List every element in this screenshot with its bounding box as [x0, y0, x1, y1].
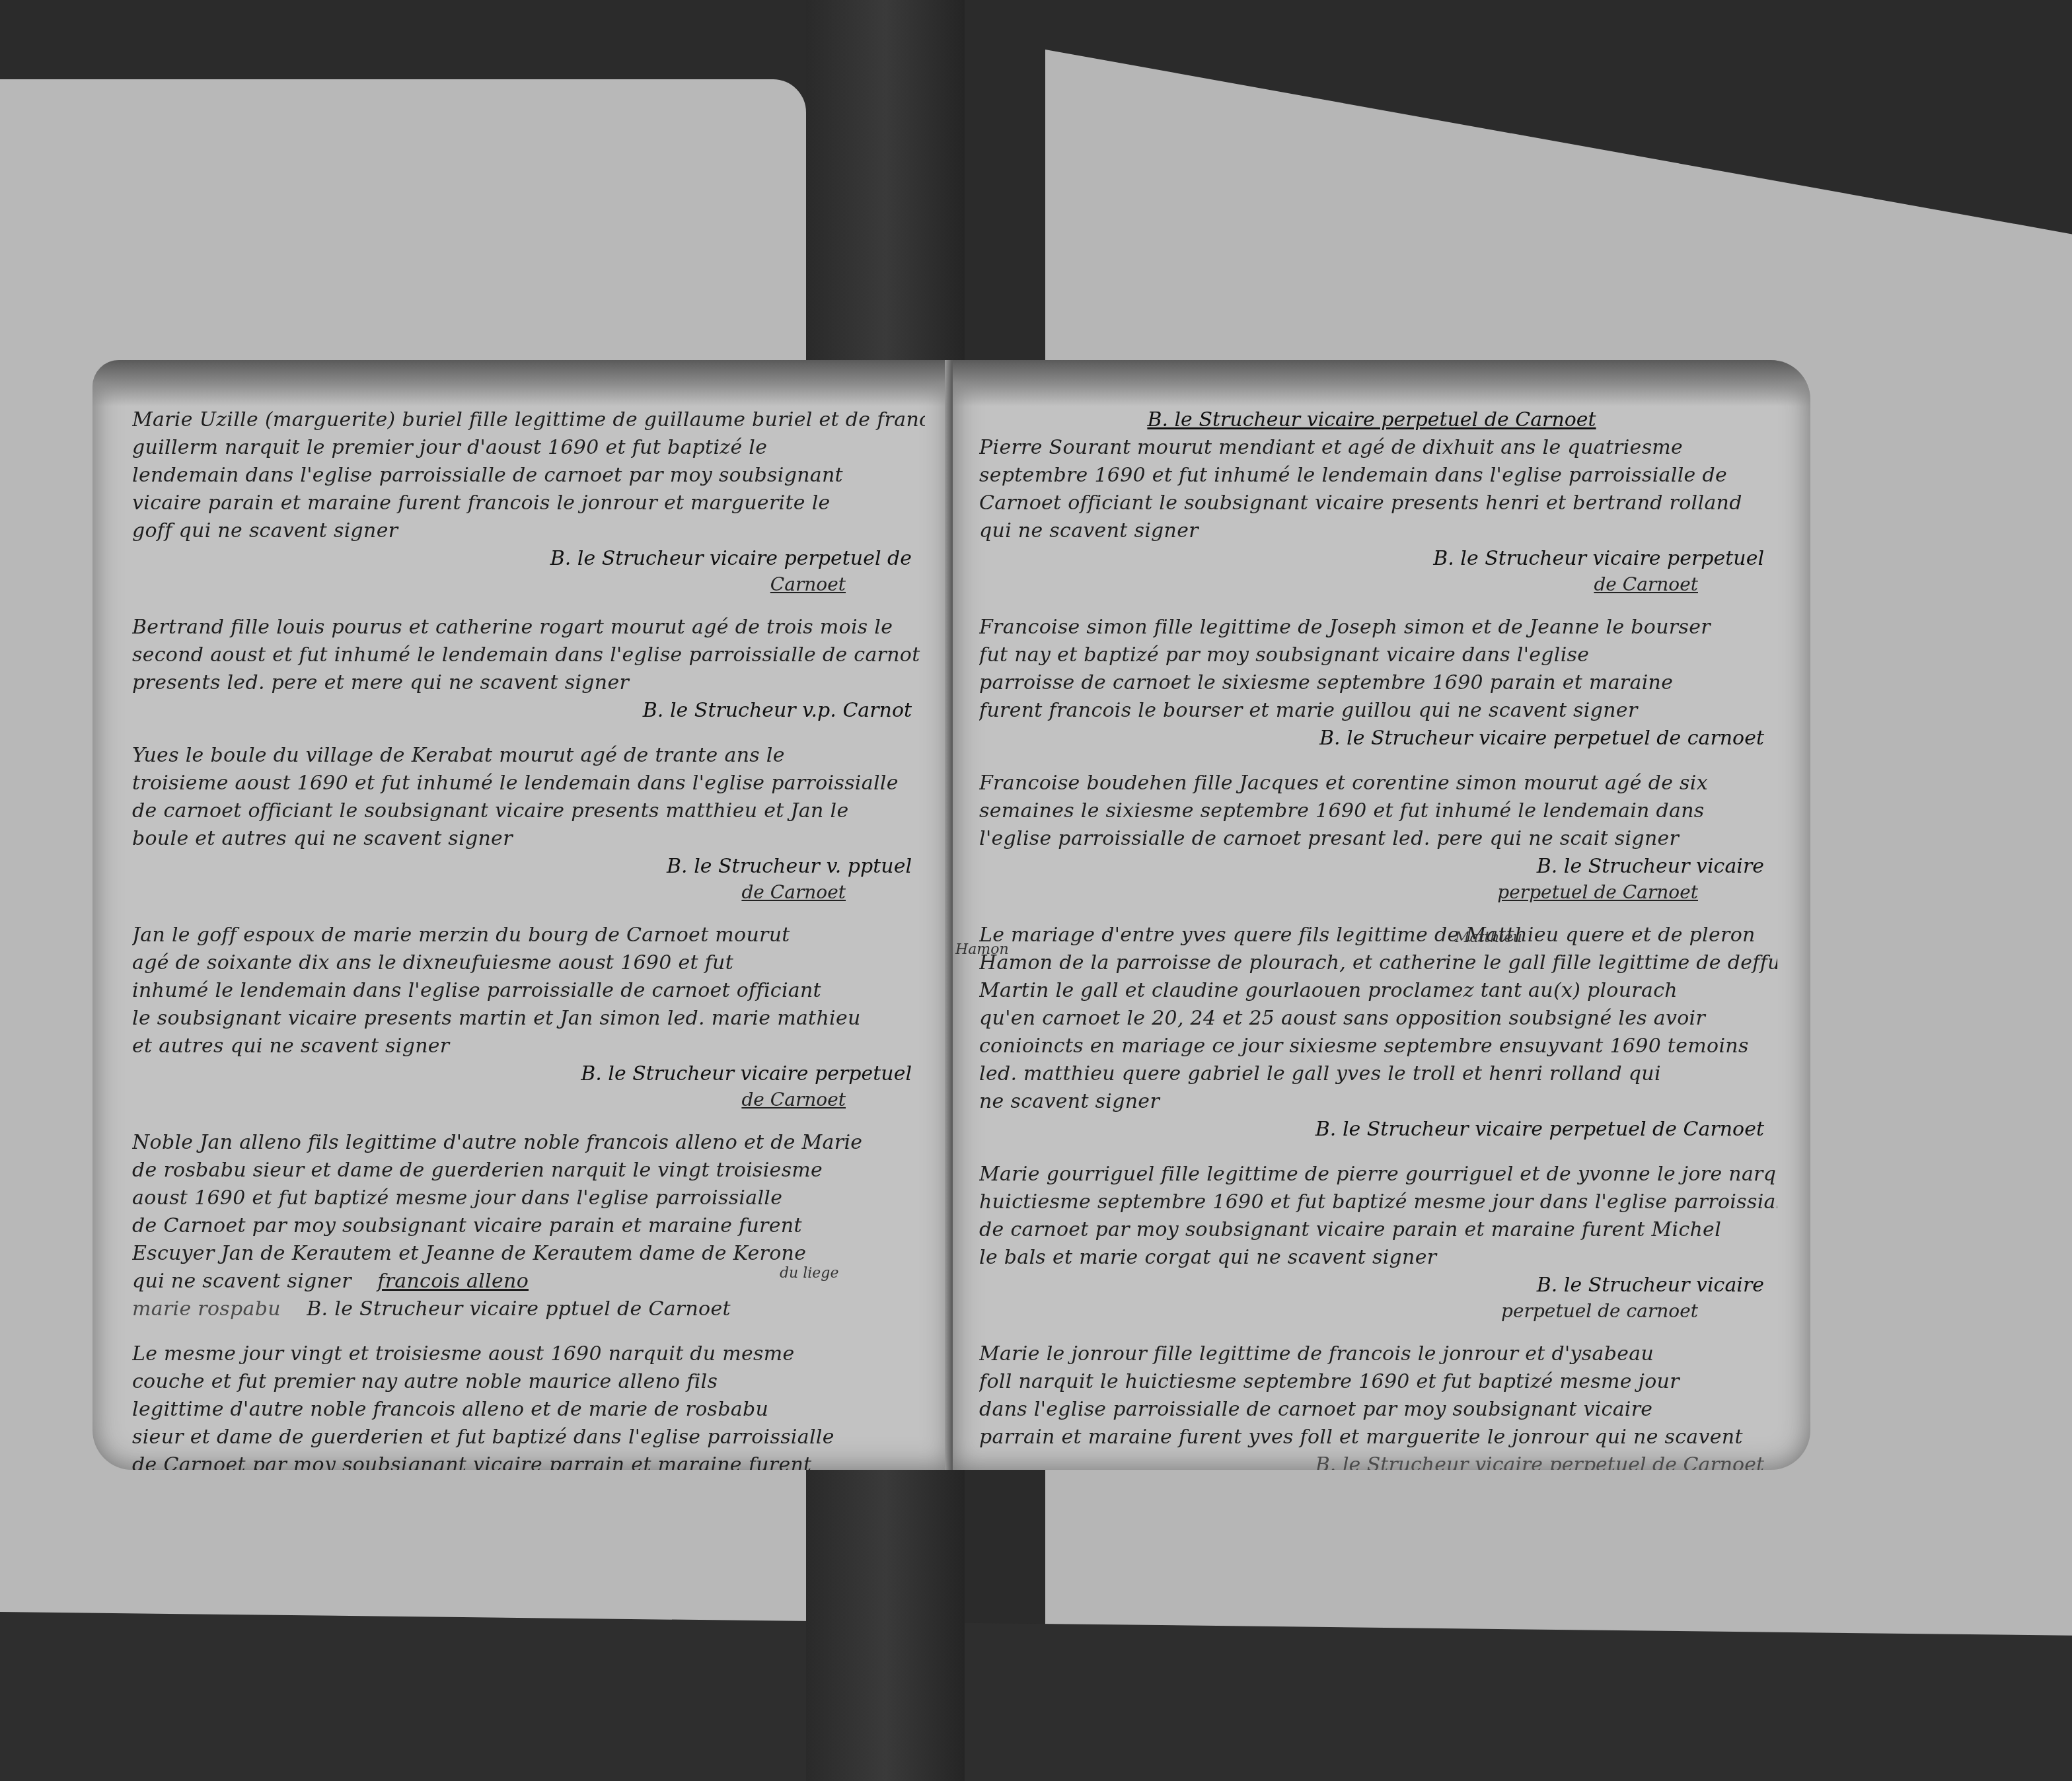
entry-line: troisieme aoust 1690 et fut inhumé le le… — [132, 770, 925, 797]
entry-line: conioincts en mariage ce jour sixiesme s… — [979, 1033, 1777, 1060]
open-register: Marie Uzille (marguerite) buriel fille l… — [92, 360, 1810, 1470]
carried-over-signature: B. le Strucheur vicaire perpetuel de Car… — [979, 406, 1777, 434]
margin-note-hamon: Hamon — [955, 941, 1009, 958]
page-top-edge — [92, 360, 951, 406]
entry-line: Yues le boule du village de Kerabat mour… — [132, 742, 925, 770]
entry-line: foll narquit le huictiesme septembre 169… — [979, 1368, 1777, 1396]
vicar-signature: B. le Strucheur vicaire perpetuel de car… — [979, 725, 1777, 752]
vicar-signature: B. le Strucheur vicaire perpetuel de Car… — [979, 1451, 1777, 1470]
entry-line: Noble Jan alleno fils legittime d'autre … — [132, 1129, 925, 1157]
entry-line: dans l'eglise parroissialle de carnoet p… — [979, 1396, 1777, 1424]
scanner-bottom-edge — [0, 1612, 2072, 1781]
page-top-edge — [953, 360, 1810, 406]
entry-line: parrain et maraine furent yves foll et m… — [979, 1424, 1777, 1451]
entry-line: boule et autres qui ne scavent signer — [132, 825, 925, 853]
vicar-signature: B. le Strucheur vicaire perpetuel de Car… — [979, 1116, 1777, 1144]
mother-signature: marie rospabu — [132, 1297, 281, 1321]
entry-line: aoust 1690 et fut baptizé mesme jour dan… — [132, 1184, 925, 1212]
entry-line: Francoise boudehen fille Jacques et core… — [979, 770, 1777, 797]
entry-line: presents led. pere et mere qui ne scaven… — [132, 669, 925, 697]
entry-line: l'eglise parroissialle de carnoet presan… — [979, 825, 1777, 853]
entry-line: lendemain dans l'eglise parroissialle de… — [132, 462, 925, 490]
entry-line: Martin le gall et claudine gourlaouen pr… — [979, 977, 1777, 1005]
vicar-signature: B. le Strucheur vicaire pptuel de Carnoe… — [307, 1297, 731, 1321]
vicar-signature: B. le Strucheur vicaire — [979, 853, 1777, 881]
signature-parish: perpetuel de Carnoet — [979, 881, 1777, 904]
entry-line: septembre 1690 et fut inhumé le lendemai… — [979, 462, 1777, 490]
entry-line: parroisse de carnoet le sixiesme septemb… — [979, 669, 1777, 697]
signature-parish: de Carnoet — [132, 881, 925, 904]
entry-baptism-marie-buriel: Marie Uzille (marguerite) buriel fille l… — [132, 406, 925, 597]
entry-line: Pierre Sourant mourut mendiant et agé de… — [979, 434, 1777, 462]
entry-line: qui ne scavent signer — [979, 517, 1777, 545]
godparent-signature: francois alleno — [377, 1270, 529, 1293]
entry-burial-jan-le-goff: Jan le goff espoux de marie merzin du bo… — [132, 922, 925, 1112]
entry-line: Carnoet officiant le soubsignant vicaire… — [979, 490, 1777, 517]
entry-line: Jan le goff espoux de marie merzin du bo… — [132, 922, 925, 949]
right-page-entries: B. le Strucheur vicaire perpetuel de Car… — [979, 406, 1777, 1470]
entry-line: agé de soixante dix ans le dixneufuiesme… — [132, 949, 925, 977]
entry-line: de Carnoet par moy soubsignant vicaire p… — [132, 1451, 925, 1470]
entry-line: Francoise simon fille legittime de Josep… — [979, 614, 1777, 641]
entry-line: Le mesme jour vingt et troisiesme aoust … — [132, 1340, 925, 1368]
entry-line: fut nay et baptizé par moy soubsignant v… — [979, 641, 1777, 669]
entry-burial-pierre-sourant: Pierre Sourant mourut mendiant et agé de… — [979, 434, 1777, 597]
entry-line: Marie Uzille (marguerite) buriel fille l… — [132, 406, 925, 434]
left-page-entries: Marie Uzille (marguerite) buriel fille l… — [132, 406, 925, 1470]
entry-line: guillerm narquit le premier jour d'aoust… — [132, 434, 925, 462]
entry-line: inhumé le lendemain dans l'eglise parroi… — [132, 977, 925, 1005]
entry-baptism-jan-alleno: Noble Jan alleno fils legittime d'autre … — [132, 1129, 925, 1323]
entry-marriage-quere-le-gall: Le mariage d'entre yves quere fils legit… — [979, 922, 1777, 1144]
entry-line: huictiesme septembre 1690 et fut baptizé… — [979, 1188, 1777, 1216]
entry-line: couche et fut premier nay autre noble ma… — [132, 1368, 925, 1396]
entry-line: vicaire parain et maraine furent francoi… — [132, 490, 925, 517]
entry-baptism-marie-gourriguel: Marie gourriguel fille legittime de pier… — [979, 1161, 1777, 1323]
vicar-signature: B. le Strucheur vicaire perpetuel de — [132, 545, 925, 573]
entry-line: le bals et marie corgat qui ne scavent s… — [979, 1244, 1777, 1272]
entry-burial-bertrand-pourus: Bertrand fille louis pourus et catherine… — [132, 614, 925, 725]
entry-burial-yues-le-boule: Yues le boule du village de Kerabat mour… — [132, 742, 925, 904]
entry-line: legittime d'autre noble francois alleno … — [132, 1396, 925, 1424]
right-page: B. le Strucheur vicaire perpetuel de Car… — [953, 360, 1810, 1470]
interlinear-note: du liege — [780, 1265, 838, 1282]
entry-baptism-maurice-alleno: Le mesme jour vingt et troisiesme aoust … — [132, 1340, 925, 1470]
vicar-signature: B. le Strucheur v. pptuel — [132, 853, 925, 881]
signature-parish: de Carnoet — [979, 573, 1777, 597]
entry-line: Bertrand fille louis pourus et catherine… — [132, 614, 925, 641]
entry-line: semaines le sixiesme septembre 1690 et f… — [979, 797, 1777, 825]
entry-line: Hamon de la parroisse de plourach, et ca… — [979, 949, 1777, 977]
entry-burial-francoise-boudehen: Francoise boudehen fille Jacques et core… — [979, 770, 1777, 904]
left-page: Marie Uzille (marguerite) buriel fille l… — [92, 360, 951, 1470]
vicar-signature: B. le Strucheur vicaire perpetuel — [132, 1060, 925, 1088]
entry-line: furent francois le bourser et marie guil… — [979, 697, 1777, 725]
vicar-signature: B. le Strucheur vicaire — [979, 1272, 1777, 1299]
entry-line: de carnoet par moy soubsignant vicaire p… — [979, 1216, 1777, 1244]
entry-baptism-marie-le-jonrour: Marie le jonrour fille legittime de fran… — [979, 1340, 1777, 1470]
entry-line: Marie le jonrour fille legittime de fran… — [979, 1340, 1777, 1368]
entry-line: Le mariage d'entre yves quere fils legit… — [979, 922, 1777, 949]
signature-parish: perpetuel de carnoet — [979, 1299, 1777, 1323]
entry-line: ne scavent signer — [979, 1088, 1777, 1116]
entry-line: Marie gourriguel fille legittime de pier… — [979, 1161, 1777, 1188]
entry-line: le soubsignant vicaire presents martin e… — [132, 1005, 925, 1033]
entry-line: de rosbabu sieur et dame de guerderien n… — [132, 1157, 925, 1184]
vicar-signature: B. le Strucheur vicaire perpetuel — [979, 545, 1777, 573]
entry-text: qui ne scavent signer — [132, 1270, 351, 1293]
vicar-signature: B. le Strucheur v.p. Carnot — [132, 697, 925, 725]
entry-line: et autres qui ne scavent signer — [132, 1033, 925, 1060]
entry-line: marie rospabu B. le Strucheur vicaire pp… — [132, 1295, 925, 1323]
entry-line: qu'en carnoet le 20, 24 et 25 aoust sans… — [979, 1005, 1777, 1033]
signature-parish: de Carnoet — [132, 1088, 925, 1112]
signature-parish: Carnoet — [132, 573, 925, 597]
entry-baptism-francoise-simon: Francoise simon fille legittime de Josep… — [979, 614, 1777, 752]
entry-line: goff qui ne scavent signer — [132, 517, 925, 545]
entry-line: second aoust et fut inhumé le lendemain … — [132, 641, 925, 669]
entry-line: de carnoet officiant le soubsignant vica… — [132, 797, 925, 825]
entry-line: de Carnoet par moy soubsignant vicaire p… — [132, 1212, 925, 1240]
interlinear-insertion: Matthieu — [1455, 929, 1522, 946]
entry-line: Escuyer Jan de Kerautem et Jeanne de Ker… — [132, 1240, 925, 1268]
entry-line: sieur et dame de guerderien et fut bapti… — [132, 1424, 925, 1451]
entry-line: led. matthieu quere gabriel le gall yves… — [979, 1060, 1777, 1088]
